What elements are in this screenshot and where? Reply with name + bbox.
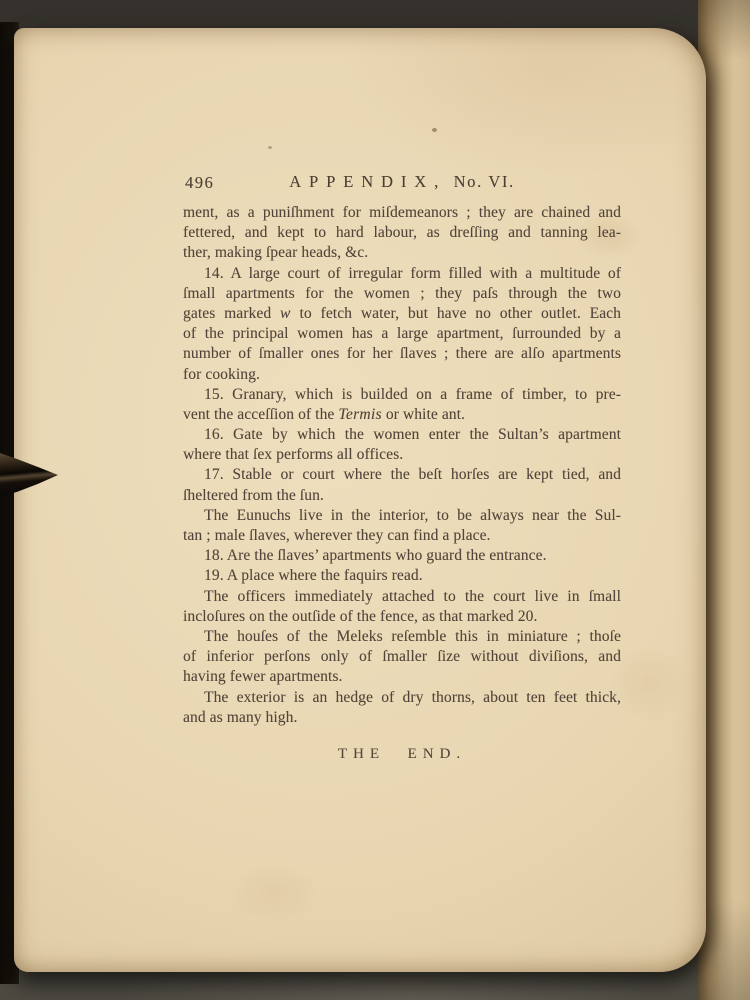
text-line: of the principal women has a large apart… (183, 324, 621, 344)
text-line: 18. Are the ſlaves’ apartments who guard… (183, 546, 621, 566)
the-end-label: THE END. (183, 744, 621, 764)
text-line: fettered, and kept to hard labour, as dr… (183, 223, 621, 243)
body-text: ment, as a puniſhment for miſdemeanors ;… (183, 203, 621, 728)
text-line: and as many high. (183, 708, 621, 728)
text-line: 14. A large court of irregular form fill… (183, 264, 621, 284)
text-line: gates marked w to fetch water, but have … (183, 304, 621, 324)
text-line: 15. Granary, which is builded on a frame… (183, 385, 621, 405)
running-title: APPENDIX,No. VI. (183, 172, 621, 192)
text-line: of inferior perſons only of ſmaller ſize… (183, 647, 621, 667)
text-line: The officers immediately attached to the… (183, 587, 621, 607)
text-line: 17. Stable or court where the beſt horſe… (183, 465, 621, 485)
page-content: 496 APPENDIX,No. VI. ment, as a puniſhme… (183, 172, 621, 764)
text-line: ment, as a puniſhment for miſdemeanors ;… (183, 203, 621, 223)
text-line: The Eunuchs live in the interior, to be … (183, 506, 621, 526)
running-header: 496 APPENDIX,No. VI. (183, 172, 621, 196)
book-page: 496 APPENDIX,No. VI. ment, as a puniſhme… (14, 28, 706, 972)
text-line: 19. A place where the faquirs read. (183, 566, 621, 586)
paper-speck (432, 128, 437, 132)
paper-speck (268, 146, 272, 149)
running-title-number: No. VI. (454, 172, 515, 191)
text-line: The exterior is an hedge of dry thorns, … (183, 688, 621, 708)
text-line: The houſes of the Meleks reſemble this i… (183, 627, 621, 647)
text-line: vent the acceſſion of the Termis or whit… (183, 405, 621, 425)
paper-stain (229, 863, 319, 923)
text-line: tan ; male ſlaves, wherever they can fin… (183, 526, 621, 546)
text-line: ther, making ſpear heads, &c. (183, 243, 621, 263)
paper-stain (609, 643, 689, 723)
text-line: ſmall apartments for the women ; they pa… (183, 284, 621, 304)
text-line: having fewer apartments. (183, 667, 621, 687)
text-line: where that ſex performs all offices. (183, 445, 621, 465)
text-line: ſheltered from the ſun. (183, 486, 621, 506)
text-line: 16. Gate by which the women enter the Su… (183, 425, 621, 445)
text-line: number of ſmaller ones for her ſlaves ; … (183, 344, 621, 364)
running-title-main: APPENDIX, (289, 172, 446, 191)
text-line: incloſures on the outſide of the fence, … (183, 607, 621, 627)
text-line: for cooking. (183, 365, 621, 385)
